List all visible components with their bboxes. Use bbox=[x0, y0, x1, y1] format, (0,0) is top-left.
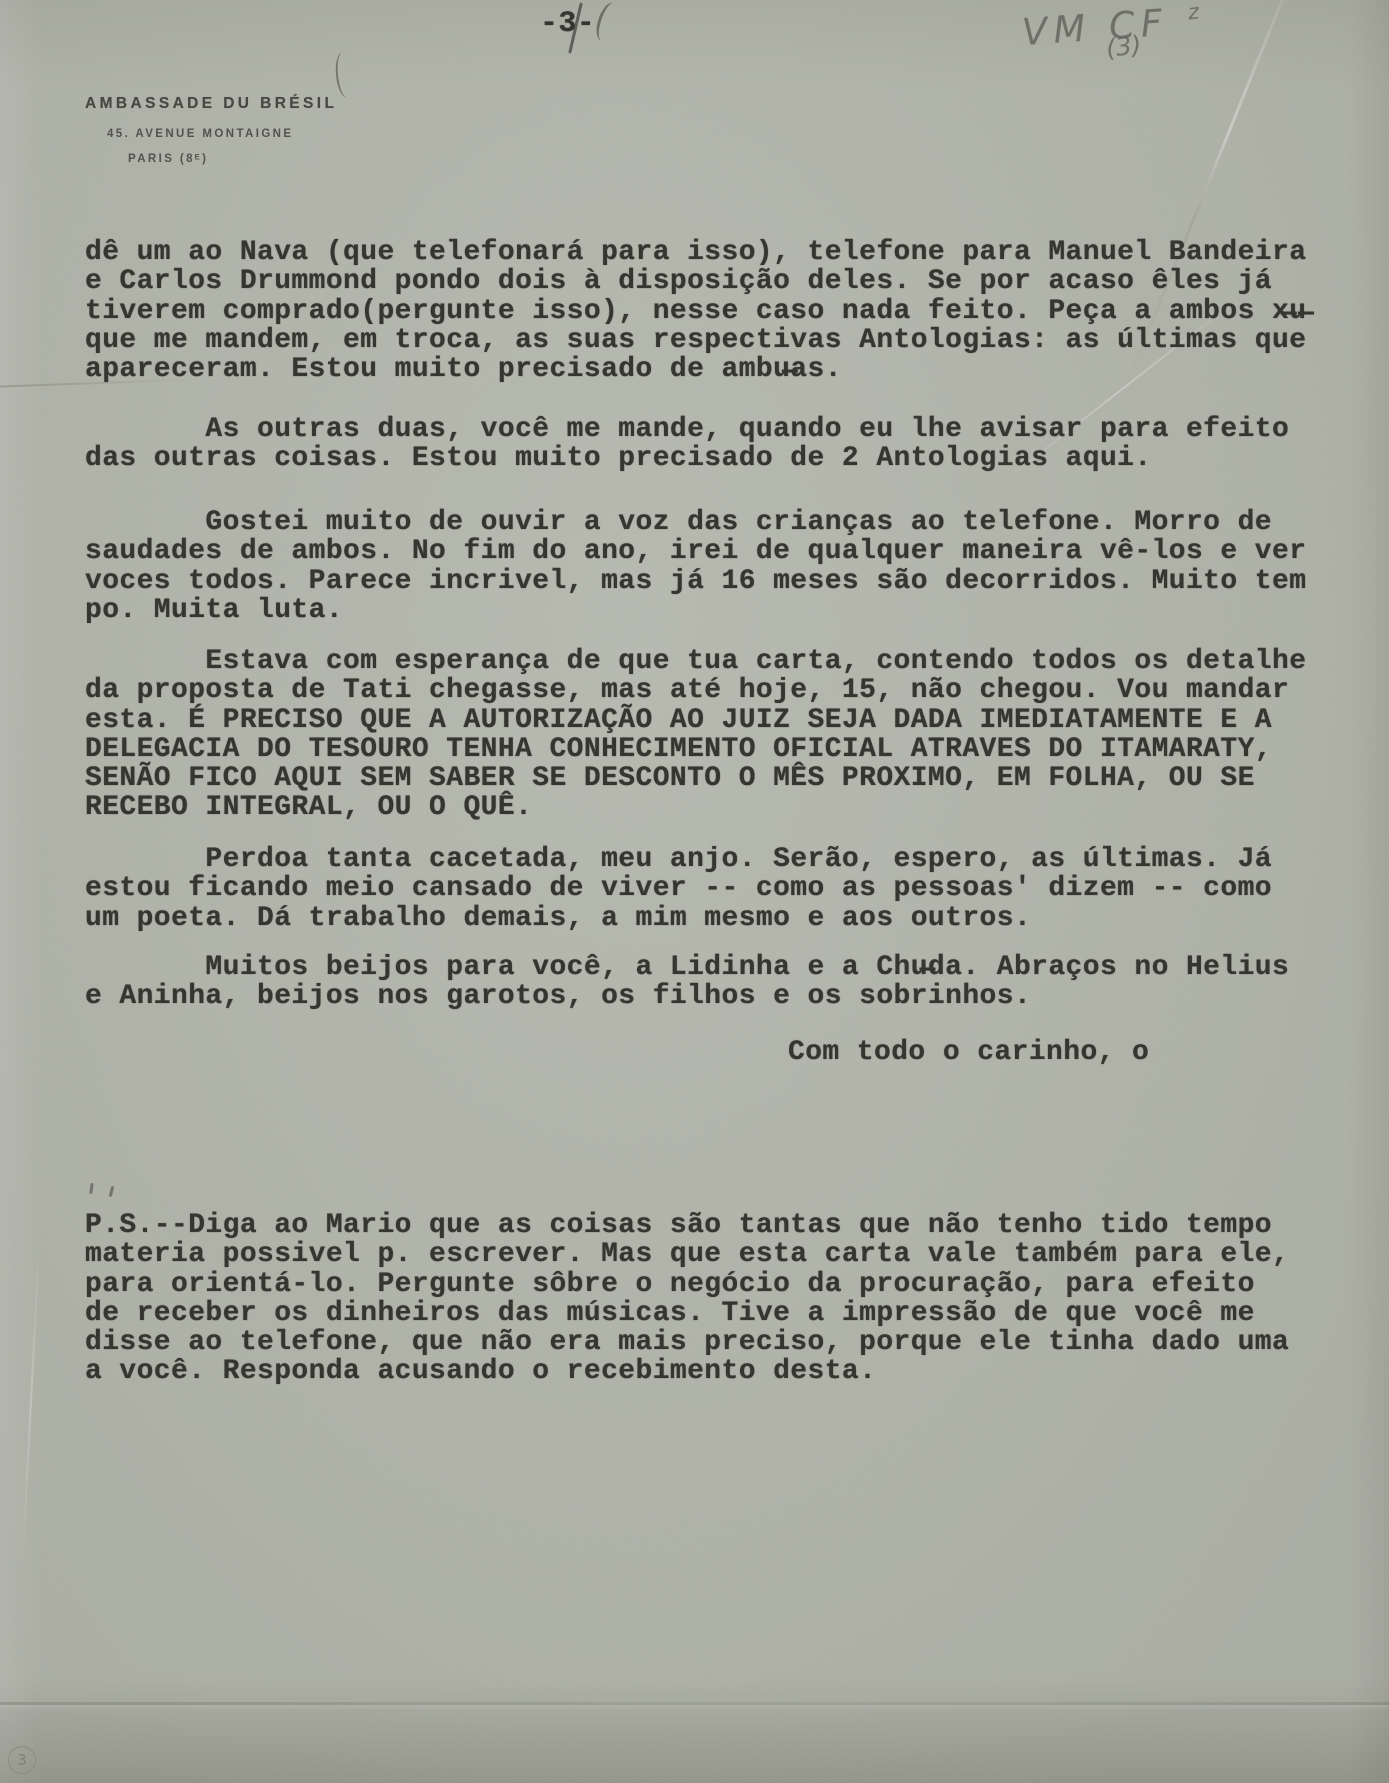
handwritten-number: (3) bbox=[1104, 30, 1143, 63]
stray-mark bbox=[109, 1186, 115, 1197]
paper-crease bbox=[0, 1702, 1389, 1705]
page-number: -3- bbox=[540, 10, 595, 39]
letterhead-title: AMBASSADE DU BRÉSIL bbox=[85, 95, 337, 113]
body-paragraph-1: dê um ao Nava (que telefonará para isso)… bbox=[85, 238, 1345, 384]
handwritten-initials: VM CF bbox=[1021, 1, 1170, 54]
body-paragraph-5: Perdoa tanta cacetada, meu anjo. Serão, … bbox=[85, 845, 1345, 933]
letterhead-city: PARIS (8ᴱ) bbox=[128, 153, 337, 165]
body-paragraph-4: Estava com esperança de que tua carta, c… bbox=[85, 647, 1345, 823]
pencil-paren-mark bbox=[334, 51, 357, 99]
handwritten-mark: z bbox=[1187, 0, 1200, 25]
paper-crease bbox=[22, 1240, 41, 1560]
document-page: -3- VM CF z (3) AMBASSADE DU BRÉSIL 45. … bbox=[0, 0, 1389, 1783]
body-paragraph-3: Gostei muito de ouvir a voz das crianças… bbox=[85, 508, 1345, 625]
letterhead: AMBASSADE DU BRÉSIL 45. AVENUE MONTAIGNE… bbox=[85, 95, 337, 165]
postscript-paragraph: P.S.--Diga ao Mario que as coisas são ta… bbox=[85, 1211, 1345, 1387]
signoff: Com todo o carinho, o bbox=[788, 1038, 1149, 1067]
body-paragraph-6: Muitos beijos para você, a Lidinha e a C… bbox=[85, 953, 1345, 1012]
letterhead-address: 45. AVENUE MONTAIGNE bbox=[107, 128, 337, 140]
circled-page-number: 3 bbox=[8, 1746, 36, 1774]
stray-mark bbox=[89, 1183, 94, 1194]
body-paragraph-2: As outras duas, você me mande, quando eu… bbox=[85, 415, 1345, 474]
pencil-paren-mark bbox=[592, 0, 622, 44]
